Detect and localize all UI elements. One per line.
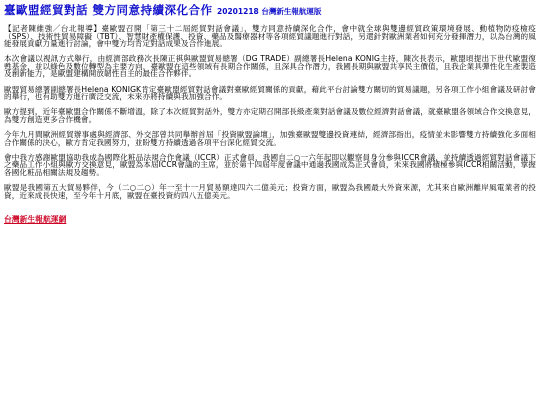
article-paragraph: 【記者陳維強／台北報導】臺歐盟召開「第三十二屆經貿對話會議」，雙方同意持續深化合… [4, 25, 536, 48]
article-paragraph: 會中我方感謝歐盟協助我成為國際化粧品法規合作會議（ICCR）正式會員，我國自二○… [4, 154, 536, 177]
article-paragraph: 今年九月間歐洲經貿辦事處與經濟部、外交部曾共同舉辦首屆「投資歐盟論壇」，加強臺歐… [4, 131, 536, 146]
page-title: 臺歐盟經貿對話 雙方同意持續深化合作 20201218 台灣新生報航運版 [4, 4, 536, 18]
article-paragraph: 歐方提到，近年臺歐盟合作關係不斷增溫，除了本次經貿對話外，雙方亦定期召開部長級產… [4, 108, 536, 123]
article-container: 臺歐盟經貿對話 雙方同意持續深化合作 20201218 台灣新生報航運版 【記者… [0, 0, 540, 226]
shipping-site-link[interactable]: 台灣新生報航運網 [4, 216, 66, 224]
article-body: 【記者陳維強／台北報導】臺歐盟召開「第三十二屆經貿對話會議」，雙方同意持續深化合… [4, 25, 536, 199]
page-title-text: 臺歐盟經貿對話 雙方同意持續深化合作 [4, 3, 213, 17]
news-article-page: { "header": { "title": "臺歐盟經貿對話 雙方同意持續深化… [0, 0, 540, 405]
article-paragraph: 歐盟是我國第五大貿易夥伴，今（二○二○）年一至十一月貿易額達四六二億美元；投資方… [4, 184, 536, 199]
date-edition-label: 20201218 台灣新生報航運版 [217, 7, 321, 16]
article-paragraph: 歐盟貿易總署副總署長Helena KONIGK肯定臺歐盟經貿對話會議對臺歐經貿關… [4, 86, 536, 101]
article-paragraph: 本次會議以視訊方式舉行，由經濟部政務次長陳正祺與歐盟貿易總署（DG TRADE）… [4, 55, 536, 78]
